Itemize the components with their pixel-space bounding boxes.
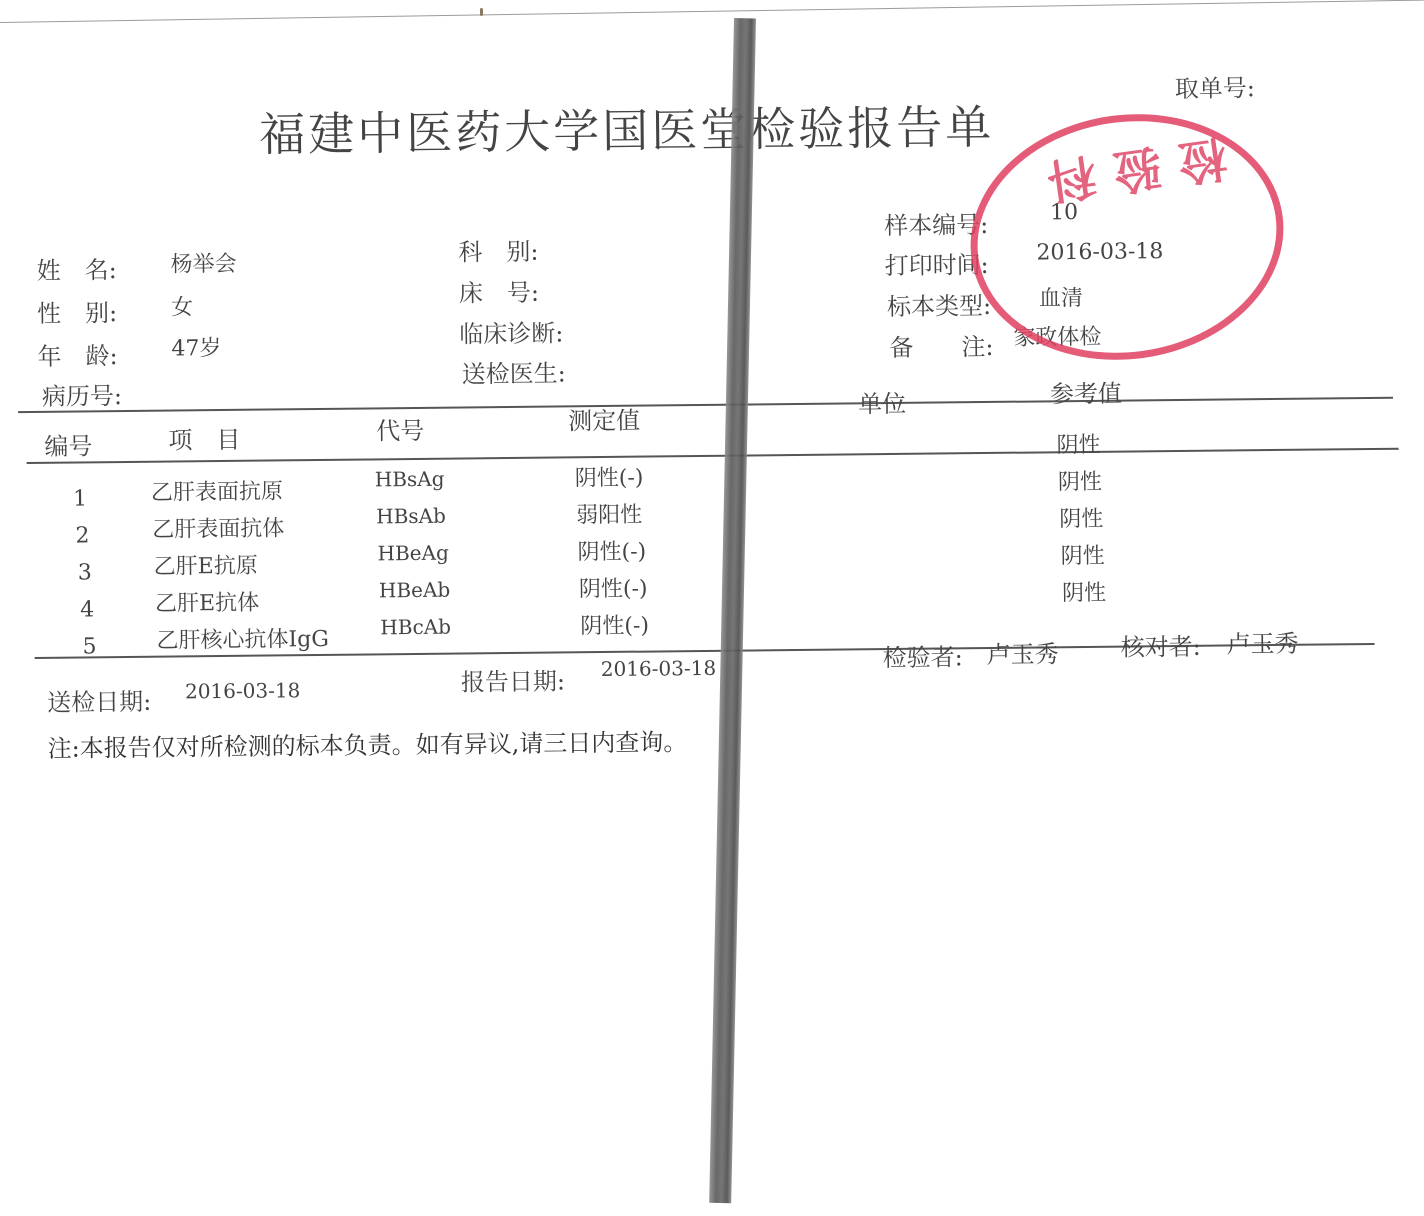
table-row: 2乙肝表面抗体HBsAb弱阳性阴性 — [0, 0, 1420, 7]
cell-reference: 阴性 — [1058, 465, 1102, 496]
cell-result: 阴性(-) — [577, 535, 646, 567]
cell-no: 4 — [80, 597, 94, 622]
cell-reference: 阴性 — [1060, 539, 1104, 570]
table-row: 5乙肝核心抗体IgGHBcAb阴性(-)阴性 — [0, 0, 1420, 7]
remark-label: 备 注: — [889, 327, 993, 363]
cell-code: HBsAg — [375, 467, 445, 492]
header-reference: 参考值 — [1050, 374, 1122, 410]
doctor-label: 送检医生: — [462, 353, 566, 389]
cell-result: 阴性(-) — [580, 609, 649, 641]
header-result: 测定值 — [568, 401, 640, 437]
table-top-rule — [18, 397, 1393, 413]
report-title: 福建中医药大学国医堂检验报告单 — [259, 91, 995, 165]
header-unit: 单位 — [858, 384, 906, 420]
cell-item: 乙肝E抗体 — [155, 586, 259, 618]
patient-name: 杨举会 — [170, 247, 236, 279]
cell-no: 5 — [82, 634, 96, 659]
diagnosis-label: 临床诊断: — [459, 313, 563, 349]
dept-label: 科 别: — [458, 232, 538, 268]
report-date-label: 报告日期: — [461, 661, 565, 697]
age-label: 年 龄: — [37, 336, 117, 372]
report-date: 2016-03-18 — [601, 656, 717, 681]
checker-label: 核对者: — [1120, 627, 1200, 663]
header-code: 代号 — [376, 411, 424, 447]
cell-result: 弱阳性 — [576, 498, 642, 530]
submit-date: 2016-03-18 — [185, 678, 301, 703]
cell-item: 乙肝E抗原 — [154, 549, 258, 581]
cell-no: 1 — [73, 486, 87, 511]
cell-item: 乙肝表面抗体 — [152, 511, 284, 543]
order-no-label: 取单号: — [1175, 68, 1255, 104]
bed-label: 床 号: — [459, 273, 539, 309]
table-row: 3乙肝E抗原HBeAg阴性(-)阴性 — [0, 0, 1420, 7]
cell-code: HBcAb — [380, 615, 451, 640]
record-no-label: 病历号: — [42, 376, 122, 412]
table-row: 4乙肝E抗体HBeAb阴性(-)阴性 — [0, 0, 1420, 7]
cell-item: 乙肝表面抗原 — [151, 474, 283, 506]
cell-result: 阴性(-) — [579, 572, 648, 604]
cell-no: 2 — [75, 523, 89, 548]
cell-no: 3 — [78, 560, 92, 585]
gender-label: 性 别: — [37, 293, 117, 329]
table-body: 1乙肝表面抗原HBsAg阴性(-)阴性2乙肝表面抗体HBsAb弱阳性阴性3乙肝E… — [0, 0, 1420, 7]
cell-reference: 阴性 — [1056, 428, 1100, 459]
tester: 卢玉秀 — [986, 634, 1058, 670]
header-item: 项 目 — [168, 420, 240, 456]
patient-gender: 女 — [171, 290, 193, 321]
cell-item: 乙肝核心抗体IgG — [156, 622, 329, 655]
cell-result: 阴性(-) — [575, 461, 644, 493]
tester-label: 检验者: — [883, 637, 963, 673]
name-label: 姓 名: — [36, 250, 116, 286]
table-row: 1乙肝表面抗原HBsAg阴性(-)阴性 — [0, 0, 1420, 7]
patient-age: 47岁 — [171, 331, 221, 363]
cell-code: HBeAb — [379, 578, 450, 603]
cell-code: HBeAg — [377, 541, 448, 566]
cell-reference: 阴性 — [1062, 576, 1106, 607]
cell-code: HBsAb — [376, 504, 446, 529]
checker: 卢玉秀 — [1226, 624, 1298, 660]
cell-reference: 阴性 — [1059, 502, 1103, 533]
header-no: 编号 — [44, 426, 92, 462]
disclaimer-note: 注:本报告仅对所检测的标本负责。如有异议,请三日内查询。 — [47, 722, 687, 764]
submit-date-label: 送检日期: — [47, 682, 151, 718]
sample-type-label: 标本类型: — [887, 286, 991, 322]
